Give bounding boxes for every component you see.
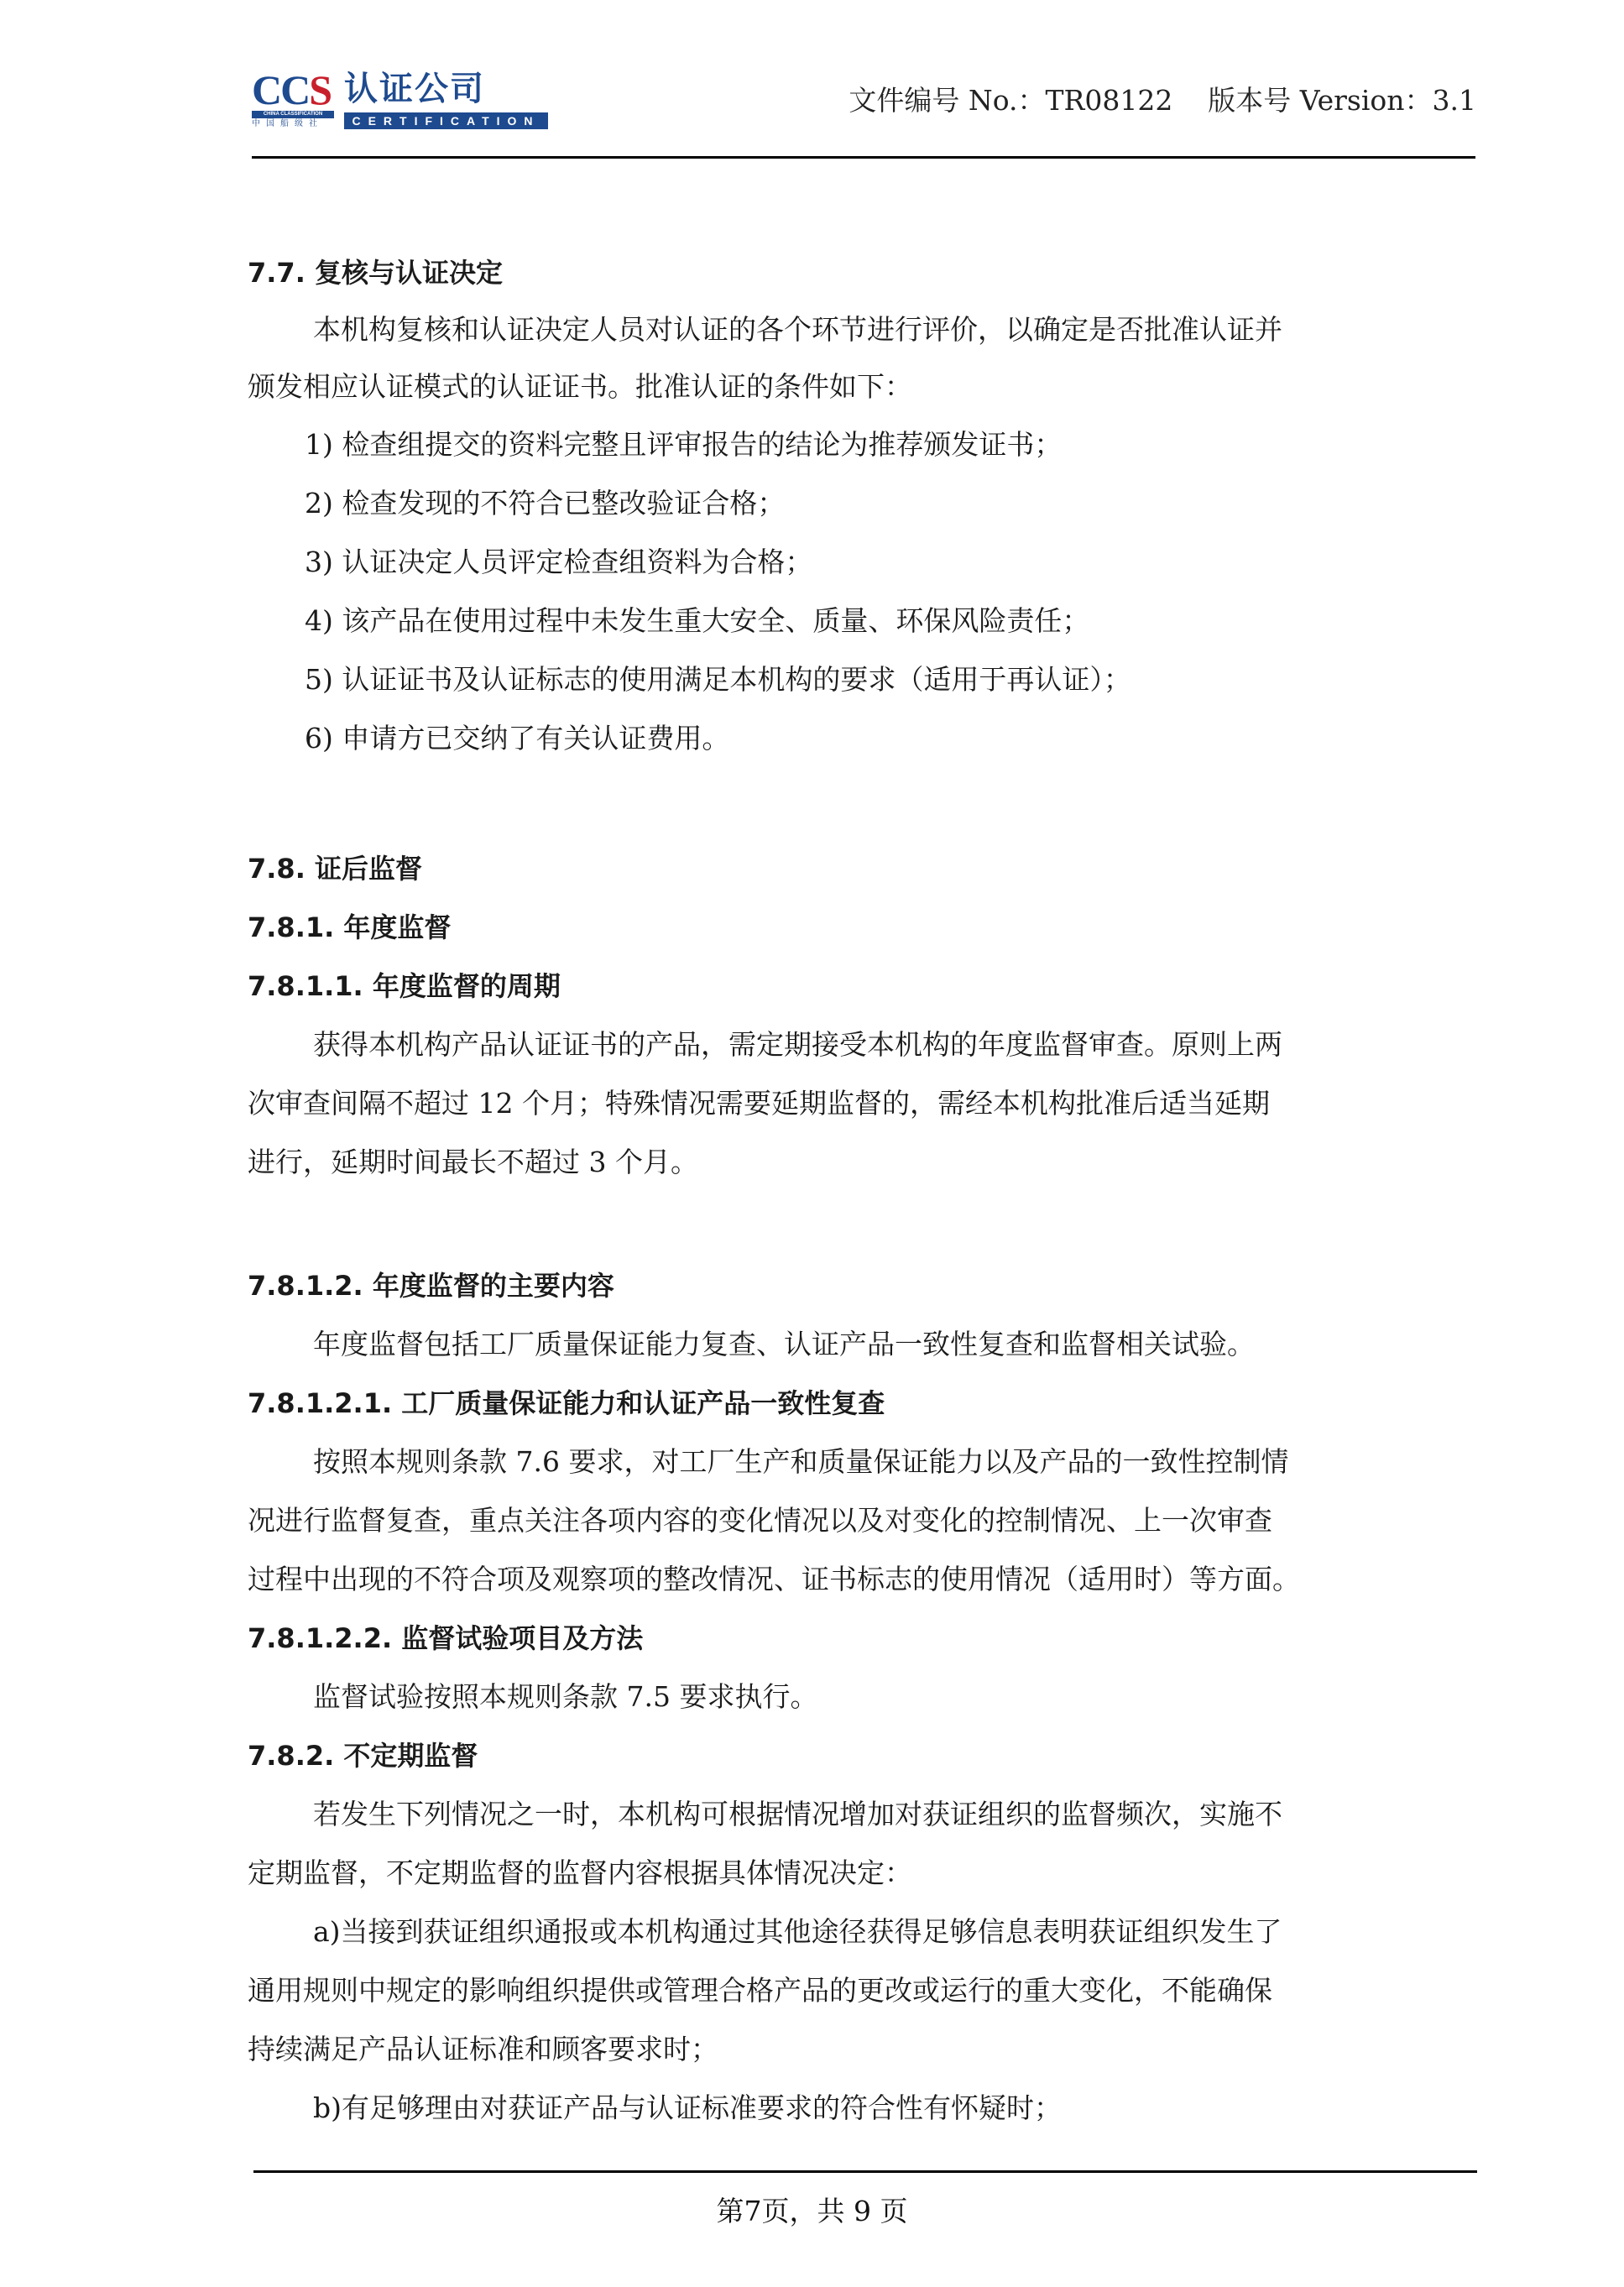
list-item: 4) 该产品在使用过程中未发生重大安全、质量、环保风险责任； bbox=[305, 604, 1089, 638]
heading-7-8-1: 7.8.1. 年度监督 bbox=[248, 911, 451, 944]
logo-s: S bbox=[309, 66, 331, 113]
list-item: 6) 申请方已交纳了有关认证费用。 bbox=[305, 722, 729, 755]
paragraph-line: 获得本机构产品认证证书的产品，需定期接受本机构的年度监督审查。原则上两 bbox=[313, 1028, 1282, 1062]
footer-divider bbox=[253, 2170, 1477, 2173]
paragraph-line: 次审查间隔不超过 12 个月；特殊情况需要延期监督的，需经本机构批准后适当延期 bbox=[248, 1087, 1270, 1120]
paragraph-line: 本机构复核和认证决定人员对认证的各个环节进行评价，以确定是否批准认证并 bbox=[313, 313, 1282, 347]
paragraph-line: 若发生下列情况之一时，本机构可根据情况增加对获证组织的监督频次，实施不 bbox=[313, 1798, 1282, 1831]
paragraph-line: 定期监督，不定期监督的监督内容根据具体情况决定： bbox=[248, 1856, 912, 1890]
logo-company-cn: 认证公司 bbox=[344, 70, 485, 107]
logo-society-en: CHINA CLASSIFICATION SOCIETY bbox=[252, 111, 334, 118]
heading-7-8-2: 7.8.2. 不定期监督 bbox=[248, 1739, 478, 1773]
paragraph-line: 年度监督包括工厂质量保证能力复查、认证产品一致性复查和监督相关试验。 bbox=[313, 1328, 1255, 1361]
header-divider bbox=[252, 156, 1475, 159]
heading-7-8: 7.8. 证后监督 bbox=[248, 852, 422, 885]
heading-7-8-1-2-2: 7.8.1.2.2. 监督试验项目及方法 bbox=[248, 1621, 643, 1655]
list-item-b: b)有足够理由对获证产品与认证标准要求的符合性有怀疑时； bbox=[313, 2091, 1062, 2125]
list-item: 2) 检查发现的不符合已整改验证合格； bbox=[305, 487, 785, 520]
paragraph-line: 监督试验按照本规则条款 7.5 要求执行。 bbox=[313, 1680, 817, 1714]
list-item-a: a)当接到获证组织通报或本机构通过其他途径获得足够信息表明获证组织发生了 bbox=[313, 1915, 1282, 1949]
paragraph-line: 过程中出现的不符合项及观察项的整改情况、证书标志的使用情况（适用时）等方面。 bbox=[248, 1563, 1300, 1596]
paragraph-line: 颁发相应认证模式的认证证书。批准认证的条件如下： bbox=[248, 370, 912, 404]
document-id-version: 文件编号 No.：TR08122 版本号 Version：3.1 bbox=[849, 84, 1476, 117]
heading-7-7: 7.7. 复核与认证决定 bbox=[248, 256, 503, 290]
heading-7-8-1-1: 7.8.1.1. 年度监督的周期 bbox=[248, 969, 561, 1003]
page-number: 第7页，共 9 页 bbox=[0, 2195, 1624, 2228]
list-item-a-cont: 通用规则中规定的影响组织提供或管理合格产品的更改或运行的重大变化，不能确保 bbox=[248, 1974, 1272, 2008]
list-item: 5) 认证证书及认证标志的使用满足本机构的要求（适用于再认证）； bbox=[305, 663, 1131, 697]
logo-society-cn: 中国船级社 bbox=[252, 119, 334, 129]
paragraph-line: 进行，延期时间最长不超过 3 个月。 bbox=[248, 1146, 698, 1179]
heading-7-8-1-2: 7.8.1.2. 年度监督的主要内容 bbox=[248, 1269, 614, 1303]
logo-company-en: CERTIFICATION bbox=[344, 112, 548, 129]
document-page: CCS CHINA CLASSIFICATION SOCIETY 中国船级社 认… bbox=[0, 0, 1624, 2287]
paragraph-line: 按照本规则条款 7.6 要求，对工厂生产和质量保证能力以及产品的一致性控制情 bbox=[313, 1445, 1288, 1479]
list-item: 3) 认证决定人员评定检查组资料为合格； bbox=[305, 546, 812, 579]
paragraph-line: 况进行监督复查，重点关注各项内容的变化情况以及对变化的控制情况、上一次审查 bbox=[248, 1504, 1272, 1538]
logo-cc: CC bbox=[252, 66, 309, 113]
logo-ccs-mark: CCS bbox=[252, 69, 331, 111]
ccs-certification-logo: CCS CHINA CLASSIFICATION SOCIETY 中国船级社 认… bbox=[252, 69, 550, 129]
list-item: 1) 检查组提交的资料完整且评审报告的结论为推荐颁发证书； bbox=[305, 428, 1062, 462]
list-item-a-cont: 持续满足产品认证标准和顾客要求时； bbox=[248, 2033, 718, 2066]
heading-7-8-1-2-1: 7.8.1.2.1. 工厂质量保证能力和认证产品一致性复查 bbox=[248, 1386, 885, 1420]
